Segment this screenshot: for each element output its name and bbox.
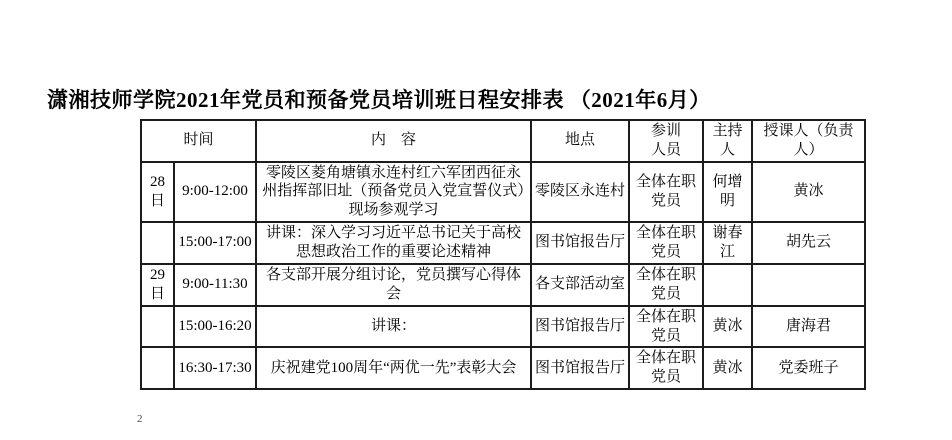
- cell-host: 黄冰: [703, 347, 752, 389]
- cell-lecturer: 党委班子: [752, 347, 865, 389]
- cell-lecturer: 黄冰: [752, 162, 865, 222]
- cell-host: 何增明: [703, 162, 752, 222]
- cell-content: 零陵区菱角塘镇永连村红六军团西征永州指挥部旧址（预备党员入党宣誓仪式）现场参观学…: [256, 162, 531, 222]
- schedule-table: 时间 内 容 地点 参训 人员 主持人 授课人（负责人） 28日 9:00-12…: [140, 119, 866, 390]
- cell-participants: 全体在职党员: [629, 222, 703, 264]
- cell-date: [141, 347, 174, 389]
- table-row: 15:00-16:20 讲课： 图书馆报告厅 全体在职党员 黄冰 唐海君: [141, 306, 865, 348]
- cell-date: 28日: [141, 162, 174, 222]
- cell-location: 图书馆报告厅: [531, 306, 629, 348]
- cell-time: 9:00-12:00: [174, 162, 256, 222]
- page-title: 潇湘技师学院2021年党员和预备党员培训班日程安排表 （2021年6月）: [47, 84, 711, 114]
- cell-participants: 全体在职党员: [629, 306, 703, 348]
- cell-time: 15:00-17:00: [174, 222, 256, 264]
- cell-content: 庆祝建党100周年“两优一先”表彰大会: [256, 347, 531, 389]
- cell-participants: 全体在职党员: [629, 264, 703, 306]
- cell-date: 29日: [141, 264, 174, 306]
- cell-time: 16:30-17:30: [174, 347, 256, 389]
- header-host: 主持人: [703, 120, 752, 162]
- cell-lecturer: 胡先云: [752, 222, 865, 264]
- header-lecturer: 授课人（负责人）: [752, 120, 865, 162]
- cell-lecturer: [752, 264, 865, 306]
- cell-date: [141, 306, 174, 348]
- header-participants: 参训 人员: [629, 120, 703, 162]
- header-time: 时间: [141, 120, 256, 162]
- header-row: 时间 内 容 地点 参训 人员 主持人 授课人（负责人）: [141, 120, 865, 162]
- cell-participants: 全体在职党员: [629, 347, 703, 389]
- cell-time: 15:00-16:20: [174, 306, 256, 348]
- cell-host: [703, 264, 752, 306]
- table-row: 29日 9:00-11:30 各支部开展分组讨论，党员撰写心得体会 各支部活动室…: [141, 264, 865, 306]
- cell-host: 谢春江: [703, 222, 752, 264]
- cell-location: 图书馆报告厅: [531, 222, 629, 264]
- cell-lecturer: 唐海君: [752, 306, 865, 348]
- table-row: 16:30-17:30 庆祝建党100周年“两优一先”表彰大会 图书馆报告厅 全…: [141, 347, 865, 389]
- cell-location: 图书馆报告厅: [531, 347, 629, 389]
- cell-location: 零陵区永连村: [531, 162, 629, 222]
- cell-content: 各支部开展分组讨论，党员撰写心得体会: [256, 264, 531, 306]
- cell-time: 9:00-11:30: [174, 264, 256, 306]
- header-content: 内 容: [256, 120, 531, 162]
- cell-date: [141, 222, 174, 264]
- header-location: 地点: [531, 120, 629, 162]
- table-row: 15:00-17:00 讲课：深入学习习近平总书记关于高校思想政治工作的重要论述…: [141, 222, 865, 264]
- cell-content: 讲课：: [256, 306, 531, 348]
- cell-location: 各支部活动室: [531, 264, 629, 306]
- page-number: 2: [137, 413, 143, 425]
- cell-content: 讲课：深入学习习近平总书记关于高校思想政治工作的重要论述精神: [256, 222, 531, 264]
- cell-host: 黄冰: [703, 306, 752, 348]
- cell-participants: 全体在职党员: [629, 162, 703, 222]
- table-row: 28日 9:00-12:00 零陵区菱角塘镇永连村红六军团西征永州指挥部旧址（预…: [141, 162, 865, 222]
